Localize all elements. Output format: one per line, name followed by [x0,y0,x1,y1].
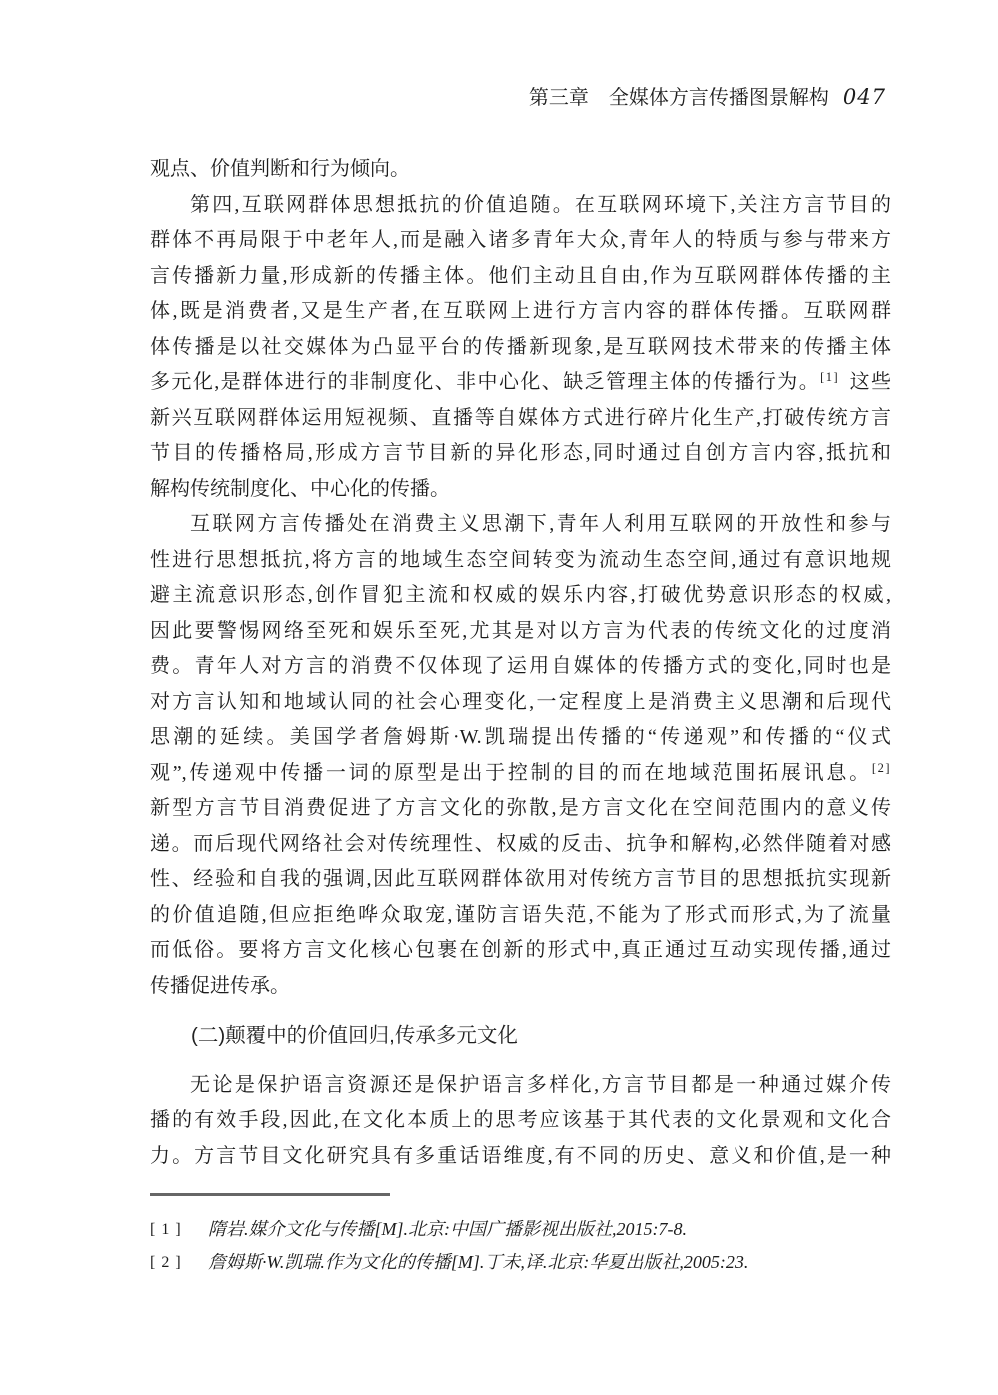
line-text: 观”,传递观中传播一词的原型是出于控制的目的而在地域范围拓展讯息。 [150,762,872,784]
paragraph-3-line: 播的有效手段,因此,在文化本质上的思考应该基于其代表的文化景观和文化合 [150,1103,891,1139]
footnote: [ 2 ] 詹姆斯·W.凯瑞.作为文化的传播[M].丁未,译.北京:华夏出版社,… [150,1246,891,1279]
paragraph-2-line: 互联网方言传播处在消费主义思潮下,青年人利用互联网的开放性和参与 [150,507,891,543]
paragraph-2-line: 费。青年人对方言的消费不仅体现了运用自媒体的传播方式的变化,同时也是 [150,649,891,685]
chapter-label: 第三章 [529,87,589,109]
footnote-ref-2: [2] [872,761,891,775]
paragraph-1-line: 新兴互联网群体运用短视频、直播等自媒体方式进行碎片化生产,打破传统方言 [150,401,891,437]
paragraph-2-line: 避主流意识形态,创作冒犯主流和权威的娱乐内容,打破优势意识形态的权威, [150,578,891,614]
paragraph-2-line: 思潮的延续。美国学者詹姆斯·W.凯瑞提出传播的“传递观”和传播的“仪式 [150,720,891,756]
paragraph-1-line: 多元化,是群体进行的非制度化、非中心化、缺乏管理主体的传播行为。[1]这些 [150,365,891,401]
line-text: 多元化,是群体进行的非制度化、非中心化、缺乏管理主体的传播行为。 [150,371,820,393]
paragraph-2-line: 的价值追随,但应拒绝哗众取宠,谨防言语失范,不能为了形式而形式,为了流量 [150,898,891,934]
paragraph-2-line: 对方言认知和地域认同的社会心理变化,一定程度上是消费主义思潮和后现代 [150,685,891,721]
paragraph-2-line: 新型方言节目消费促进了方言文化的弥散,是方言文化在空间范围内的意义传 [150,791,891,827]
paragraph-0-line: 观点、价值判断和行为倾向。 [150,152,891,188]
paragraph-2-line: 而低俗。要将方言文化核心包裹在创新的形式中,真正通过互动实现传播,通过 [150,933,891,969]
paragraph-1-line: 体传播是以社交媒体为凸显平台的传播新现象,是互联网技术带来的传播主体 [150,330,891,366]
paragraph-2-line: 因此要警惕网络至死和娱乐至死,尤其是对以方言为代表的传统文化的过度消 [150,614,891,650]
footnotes: [ 1 ] 隋岩.媒介文化与传播[M].北京:中国广播影视出版社,2015:7-… [150,1213,891,1279]
footnote: [ 1 ] 隋岩.媒介文化与传播[M].北京:中国广播影视出版社,2015:7-… [150,1213,891,1246]
paragraph-1-line: 第四,互联网群体思想抵抗的价值追随。在互联网环境下,关注方言节目的 [150,188,891,224]
footnote-separator-rule [150,1193,390,1196]
paragraph-2-line: 递。而后现代网络社会对传统理性、权威的反击、抗争和解构,必然伴随着对感 [150,827,891,863]
paragraph-2-line: 性、经验和自我的强调,因此互联网群体欲用对传统方言节目的思想抵抗实现新 [150,862,891,898]
paragraph-2-line: 观”,传递观中传播一词的原型是出于控制的目的而在地域范围拓展讯息。[2] [150,756,891,792]
footnote-text: 詹姆斯·W.凯瑞.作为文化的传播[M].丁未,译.北京:华夏出版社,2005:2… [208,1246,891,1279]
running-head: 第三章全媒体方言传播图景解构047 [150,84,886,111]
paragraph-2-line: 性进行思想抵抗,将方言的地域生态空间转变为流动生态空间,通过有意识地规 [150,543,891,579]
book-page: 第三章全媒体方言传播图景解构047 观点、价值判断和行为倾向。 第四,互联网群体… [0,0,998,1395]
footnote-ref-1: [1] [820,370,839,384]
footnote-text: 隋岩.媒介文化与传播[M].北京:中国广播影视出版社,2015:7-8. [208,1213,891,1246]
paragraph-1-line: 解构传统制度化、中心化的传播。 [150,472,891,508]
section-heading: (二)颠覆中的价值回归,传承多元文化 [150,1018,891,1054]
paragraph-1-line: 群体不再局限于中老年人,而是融入诸多青年大众,青年人的特质与参与带来方 [150,223,891,259]
footnote-marker: [ 2 ] [150,1246,208,1279]
footnote-marker: [ 1 ] [150,1213,208,1246]
body-text: 观点、价值判断和行为倾向。 第四,互联网群体思想抵抗的价值追随。在互联网环境下,… [150,152,891,1174]
page-number: 047 [843,85,886,109]
paragraph-3-line: 无论是保护语言资源还是保护语言多样化,方言节目都是一种通过媒介传 [150,1068,891,1104]
paragraph-1-line: 体,既是消费者,又是生产者,在互联网上进行方言内容的群体传播。互联网群 [150,294,891,330]
paragraph-3-line: 力。方言节目文化研究具有多重话语维度,有不同的历史、意义和价值,是一种 [150,1139,891,1175]
paragraph-1-line: 节目的传播格局,形成方言节目新的异化形态,同时通过自创方言内容,抵抗和 [150,436,891,472]
chapter-title: 全媒体方言传播图景解构 [609,87,829,109]
paragraph-2-line: 传播促进传承。 [150,969,891,1005]
paragraph-1-line: 言传播新力量,形成新的传播主体。他们主动且自由,作为互联网群体传播的主 [150,259,891,295]
line-text: 这些 [848,371,891,393]
